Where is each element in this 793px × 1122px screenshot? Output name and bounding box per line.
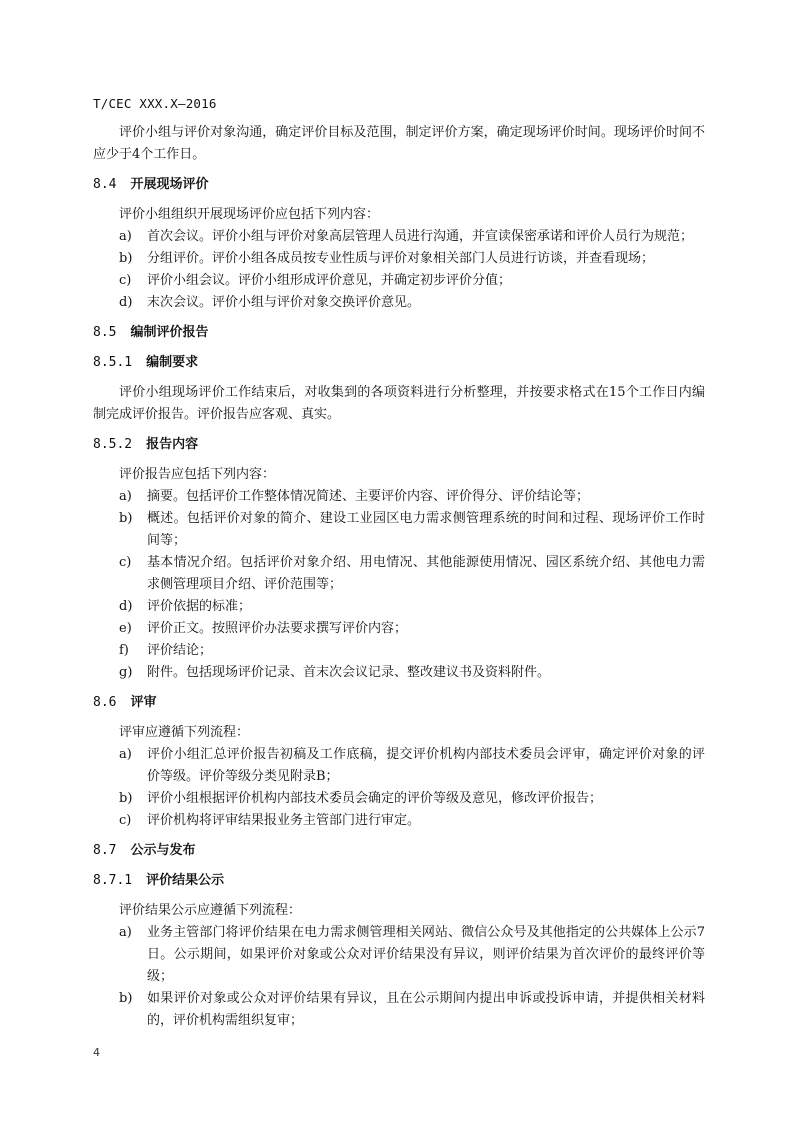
section-title: 报告内容 [146,434,198,456]
list-item: c)评价机构将评审结果报业务主管部门进行审定。 [93,810,705,832]
list-marker: d) [119,292,147,314]
list-text: 评价正文。按照评价办法要求撰写评价内容； [147,618,705,640]
section-title: 开展现场评价 [130,174,208,196]
list-marker: a) [119,922,147,988]
list-marker: a) [119,486,147,508]
section-heading-8-5-1: 8.5.1 编制要求 [93,352,705,374]
section-intro: 评价报告应包括下列内容： [93,464,705,486]
list-8-5-2: a)摘要。包括评价工作整体情况简述、主要评价内容、评价得分、评价结论等； b)概… [93,486,705,684]
section-title: 评审 [130,692,156,714]
list-item: a)首次会议。评价小组与评价对象高层管理人员进行沟通，并宣读保密承诺和评价人员行… [93,226,705,248]
section-heading-8-4: 8.4 开展现场评价 [93,174,705,196]
section-intro: 评审应遵循下列流程： [93,722,705,744]
section-heading-8-6: 8.6 评审 [93,692,705,714]
list-marker: e) [119,618,147,640]
list-item: d)末次会议。评价小组与评价对象交换评价意见。 [93,292,705,314]
list-marker: b) [119,988,147,1032]
section-number: 8.5 [93,322,116,344]
list-marker: c) [119,552,147,596]
list-text: 附件。包括现场评价记录、首末次会议记录、整改建议书及资料附件。 [147,662,705,684]
section-intro: 评价结果公示应遵循下列流程： [93,900,705,922]
list-marker: b) [119,248,147,270]
list-item: a)评价小组汇总评价报告初稿及工作底稿，提交评价机构内部技术委员会评审，确定评价… [93,744,705,788]
list-marker: f) [119,640,147,662]
list-item: b)评价小组根据评价机构内部技术委员会确定的评价等级及意见，修改评价报告； [93,788,705,810]
list-text: 评价小组根据评价机构内部技术委员会确定的评价等级及意见，修改评价报告； [147,788,705,810]
list-item: b)概述。包括评价对象的简介、建设工业园区电力需求侧管理系统的时间和过程、现场评… [93,508,705,552]
list-item: b)如果评价对象或公众对评价结果有异议，且在公示期间内提出申诉或投诉申请，并提供… [93,988,705,1032]
list-text: 末次会议。评价小组与评价对象交换评价意见。 [147,292,705,314]
list-text: 评价机构将评审结果报业务主管部门进行审定。 [147,810,705,832]
list-marker: b) [119,788,147,810]
list-text: 分组评价。评价小组各成员按专业性质与评价对象相关部门人员进行访谈，并查看现场； [147,248,705,270]
section-paragraph: 评价小组现场评价工作结束后，对收集到的各项资料进行分析整理，并按要求格式在15个… [93,382,705,426]
list-text: 首次会议。评价小组与评价对象高层管理人员进行沟通，并宣读保密承诺和评价人员行为规… [147,226,705,248]
page-number: 4 [93,1046,100,1059]
section-heading-8-5: 8.5 编制评价报告 [93,322,705,344]
document-body: 评价小组与评价对象沟通，确定评价目标及范围，制定评价方案，确定现场评价时间。现场… [93,120,705,1032]
section-heading-8-7: 8.7 公示与发布 [93,840,705,862]
section-title: 编制要求 [146,352,198,374]
intro-paragraph: 评价小组与评价对象沟通，确定评价目标及范围，制定评价方案，确定现场评价时间。现场… [93,122,705,166]
list-item: b)分组评价。评价小组各成员按专业性质与评价对象相关部门人员进行访谈，并查看现场… [93,248,705,270]
list-text: 评价结论； [147,640,705,662]
list-item: a)业务主管部门将评价结果在电力需求侧管理相关网站、微信公众号及其他指定的公共媒… [93,922,705,988]
list-text: 摘要。包括评价工作整体情况简述、主要评价内容、评价得分、评价结论等； [147,486,705,508]
section-number: 8.7.1 [93,870,132,892]
section-heading-8-5-2: 8.5.2 报告内容 [93,434,705,456]
list-text: 概述。包括评价对象的简介、建设工业园区电力需求侧管理系统的时间和过程、现场评价工… [147,508,705,552]
document-header: T/CEC XXX.X—2016 [93,96,217,111]
list-8-6: a)评价小组汇总评价报告初稿及工作底稿，提交评价机构内部技术委员会评审，确定评价… [93,744,705,832]
list-text: 评价小组汇总评价报告初稿及工作底稿，提交评价机构内部技术委员会评审，确定评价对象… [147,744,705,788]
list-marker: d) [119,596,147,618]
list-item: c)评价小组会议。评价小组形成评价意见，并确定初步评价分值； [93,270,705,292]
list-8-4: a)首次会议。评价小组与评价对象高层管理人员进行沟通，并宣读保密承诺和评价人员行… [93,226,705,314]
list-marker: g) [119,662,147,684]
list-text: 评价小组会议。评价小组形成评价意见，并确定初步评价分值； [147,270,705,292]
list-text: 如果评价对象或公众对评价结果有异议，且在公示期间内提出申诉或投诉申请，并提供相关… [147,988,705,1032]
list-item: f)评价结论； [93,640,705,662]
list-marker: a) [119,744,147,788]
list-item: g)附件。包括现场评价记录、首末次会议记录、整改建议书及资料附件。 [93,662,705,684]
section-title: 编制评价报告 [130,322,208,344]
section-number: 8.5.1 [93,352,132,374]
list-marker: c) [119,810,147,832]
document-page: T/CEC XXX.X—2016 评价小组与评价对象沟通，确定评价目标及范围，制… [0,0,793,1122]
list-8-7-1: a)业务主管部门将评价结果在电力需求侧管理相关网站、微信公众号及其他指定的公共媒… [93,922,705,1032]
section-number: 8.5.2 [93,434,132,456]
list-text: 业务主管部门将评价结果在电力需求侧管理相关网站、微信公众号及其他指定的公共媒体上… [147,922,705,988]
section-heading-8-7-1: 8.7.1 评价结果公示 [93,870,705,892]
list-marker: b) [119,508,147,552]
section-number: 8.6 [93,692,116,714]
list-item: d)评价依据的标准； [93,596,705,618]
list-item: e)评价正文。按照评价办法要求撰写评价内容； [93,618,705,640]
list-item: c)基本情况介绍。包括评价对象介绍、用电情况、其他能源使用情况、园区系统介绍、其… [93,552,705,596]
list-item: a)摘要。包括评价工作整体情况简述、主要评价内容、评价得分、评价结论等； [93,486,705,508]
section-number: 8.4 [93,174,116,196]
section-number: 8.7 [93,840,116,862]
list-text: 评价依据的标准； [147,596,705,618]
section-title: 公示与发布 [130,840,195,862]
list-text: 基本情况介绍。包括评价对象介绍、用电情况、其他能源使用情况、园区系统介绍、其他电… [147,552,705,596]
section-intro: 评价小组组织开展现场评价应包括下列内容： [93,204,705,226]
section-title: 评价结果公示 [146,870,224,892]
list-marker: a) [119,226,147,248]
list-marker: c) [119,270,147,292]
